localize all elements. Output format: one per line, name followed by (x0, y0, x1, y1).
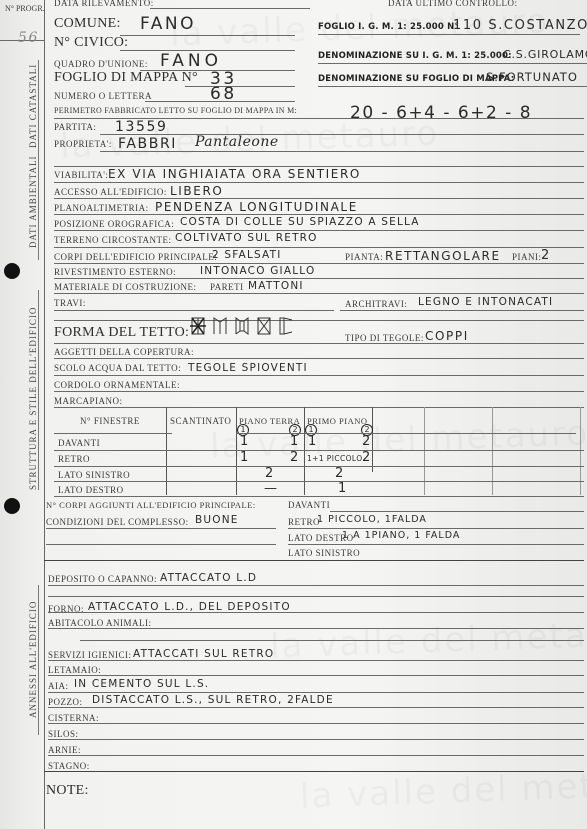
table-header-primo-piano: PRIMO PIANO (307, 416, 368, 426)
survey-form-page: la valle del metauro la valle del metaur… (0, 0, 587, 829)
corpi-lato-sinistro-label: LATO SINISTRO (288, 548, 360, 558)
corpi-davanti-label: DAVANTI (288, 500, 330, 510)
section-label-ambientali: DATI AMBIENTALI (28, 155, 38, 248)
scolo-value[interactable]: TEGOLE SPIOVENTI (188, 362, 308, 374)
quadro-label: QUADRO D'UNIONE: (54, 59, 148, 69)
corpi-lato-destro-value[interactable]: 1 A 1PIANO, 1 FALDA (342, 530, 460, 541)
roof-padiglione-icon[interactable] (190, 316, 206, 336)
progr-label: N° PROGR. (5, 4, 45, 13)
table-header-scantinato: SCANTINATO (170, 416, 231, 426)
piani-value[interactable]: 2 (541, 248, 551, 263)
igm-denom-value[interactable]: C.S.GIROLAMO (503, 48, 587, 61)
corpi-retro-value[interactable]: 1 PICCOLO, 1FALDA (317, 514, 427, 525)
deposito-label: DEPOSITO o CAPANNO: (48, 574, 157, 584)
aia-label: AIA: (48, 681, 69, 691)
section-label-catastali: DATI CATASTALI (28, 64, 38, 148)
condizioni-value[interactable]: BUONE (195, 514, 239, 526)
mappa-denom-label: DENOMINAZIONE SU FOGLIO DI MAPPA: (318, 74, 514, 84)
comune-value[interactable]: FANO (140, 14, 196, 34)
section-label-annessi: ANNESSI ALL'EDIFICIO (28, 601, 38, 718)
proprieta-label: PROPRIETA': (54, 139, 112, 149)
travi-label: TRAVI: (54, 298, 86, 308)
aggetti-label: AGGETTI DELLA COPERTURA: (54, 347, 194, 357)
data-rilevamento-label: DATA RILEVAMENTO: (54, 0, 154, 8)
deposito-value[interactable]: ATTACCATO L.D (160, 572, 257, 584)
pozzo-value[interactable]: DISTACCATO L.S., SUL RETRO, 2FALDE (92, 694, 334, 706)
cisterna-label: CISTERNA: (48, 713, 99, 723)
cell-retro-pt2[interactable]: 2 (290, 450, 300, 465)
corpi-retro-label: RETRO (288, 517, 320, 527)
materiale-sub-label: PARETI (210, 282, 244, 292)
posizione-label: POSIZIONE OROGRAFICA: (54, 219, 174, 229)
perimetro-label: PERIMETRO FABBRICATO LETTO SU FOGLIO DI … (54, 106, 297, 115)
cordolo-label: CORDOLO ORNAMENTALE: (54, 380, 180, 390)
igm-denom-label: DENOMINAZIONE SU I. G. M. 1: 25.000: (318, 51, 512, 61)
civico-label: N° CIVICO: (54, 35, 128, 51)
igm-foglio-value[interactable]: 110 S.COSTANZO (453, 18, 587, 33)
cell-davanti-pp2[interactable]: 2 (362, 434, 372, 449)
architravi-label: ARCHITRAVI: (345, 299, 407, 309)
pianta-value[interactable]: RETTANGOLARE (385, 249, 501, 263)
forma-tetto-label: FORMA DEL TETTO: (54, 325, 189, 341)
data-ultimo-controllo-label: DATA ULTIMO CONTROLLO: (388, 0, 517, 8)
marcapiano-label: MARCAPIANO: (54, 396, 123, 406)
pianta-label: PIANTA: (345, 252, 383, 262)
punch-hole (4, 263, 20, 279)
letamaio-label: LETAMAIO: (48, 665, 101, 675)
aia-value[interactable]: IN CEMENTO SUL L.S. (74, 678, 209, 690)
silos-label: SILOS: (48, 729, 79, 739)
row-label-lato-destro: LATO DESTRO (58, 485, 124, 495)
roof-capanna-icon[interactable] (212, 316, 228, 336)
cell-davanti-pt1[interactable]: 1 (240, 434, 250, 449)
roof-falda-icon[interactable] (278, 316, 294, 336)
terreno-label: TERRENO CIRCOSTANTE: (54, 235, 172, 245)
cell-retro-pt1[interactable]: 1 (240, 450, 250, 465)
mappa-denom-value[interactable]: S.FORTUNATO (486, 70, 578, 84)
table-header-finestre: N° FINESTRE (80, 416, 140, 426)
note-label: NOTE: (46, 783, 89, 799)
terreno-value[interactable]: COLTIVATO SUL RETRO (175, 232, 318, 244)
viabilita-label: VIABILITA': (54, 170, 108, 180)
architravi-value[interactable]: LEGNO E INTONACATI (418, 296, 553, 308)
corpi-aggiunti-label: N° CORPI AGGIUNTI ALL'EDIFICIO PRINCIPAL… (46, 500, 256, 510)
accesso-label: ACCESSO ALL'EDIFICIO: (54, 187, 167, 197)
rivestimento-value[interactable]: INTONACO GIALLO (200, 265, 315, 277)
abitacolo-label: ABITACOLO ANIMALI: (48, 618, 152, 628)
piani-label: PIANI: (512, 252, 542, 262)
cell-lato-destro-pt[interactable]: — (264, 481, 279, 496)
tipo-tegole-value[interactable]: COPPI (425, 329, 469, 343)
partita-label: PARTITA: (54, 122, 96, 132)
rivestimento-label: RIVESTIMENTO ESTERNO: (54, 267, 176, 277)
row-label-retro: RETRO (58, 454, 90, 464)
foglio-label: FOGLIO DI MAPPA N° (54, 70, 198, 86)
igm-foglio-label: FOGLIO I. G. M. 1: 25.000 N° (318, 22, 459, 32)
punch-hole (4, 498, 20, 514)
partita-value[interactable]: 13559 (115, 119, 168, 135)
perimetro-value[interactable]: 20 - 6+4 - 6+2 - 8 (350, 103, 532, 123)
corpi-value[interactable]: 2 SFALSATI (212, 249, 282, 261)
row-label-davanti: DAVANTI (58, 438, 100, 448)
tipo-tegole-label: TIPO DI TEGOLE: (345, 333, 424, 343)
condizioni-label: CONDIZIONI DEL COMPLESSO: (46, 517, 189, 527)
note-field[interactable] (90, 780, 580, 825)
cell-retro-pp2[interactable]: 2 (362, 450, 372, 465)
arnie-label: ARNIE: (48, 745, 81, 755)
scolo-label: SCOLO ACQUA DAL TETTO: (54, 363, 181, 373)
section-label-struttura: STRUTTURA E STILE DELL'EDIFICIO (28, 307, 38, 490)
materiale-value[interactable]: MATTONI (248, 280, 304, 292)
progr-value: 56 (18, 30, 39, 46)
numero-label: NUMERO o LETTERA (54, 91, 152, 101)
row-label-lato-sinistro: LATO SINISTRO (58, 470, 130, 480)
pozzo-label: POZZO: (48, 697, 83, 707)
proprieta-name[interactable]: Pantaleone (195, 134, 279, 150)
planoaltimetria-label: PLANOALTIMETRIA: (54, 203, 149, 213)
cell-lato-destro-pp[interactable]: 1 (338, 481, 348, 496)
servizi-value[interactable]: ATTACCATI SUL RETRO (133, 648, 274, 660)
quadro-value[interactable]: FANO (160, 51, 222, 71)
materiale-label: MATERIALE DI COSTRUZIONE: (54, 282, 197, 292)
accesso-value[interactable]: LIBERO (170, 184, 223, 198)
cell-retro-pp1[interactable]: 1+1 PICCOLO (307, 454, 363, 463)
proprieta-surname[interactable]: FABBRI (118, 136, 177, 152)
cell-davanti-pt2[interactable]: 1 (290, 434, 300, 449)
roof-crociera-icon[interactable] (256, 316, 272, 336)
cell-davanti-pp1[interactable]: 1 (308, 434, 318, 449)
corpi-label: CORPI DELL'EDIFICIO PRINCIPALE: (54, 252, 217, 262)
posizione-value[interactable]: COSTA DI COLLE SU SPIAZZO A SELLA (180, 216, 420, 228)
viabilita-value[interactable]: EX VIA INGHIAIATA ORA SENTIERO (108, 167, 361, 181)
comune-label: COMUNE: (54, 16, 121, 32)
stagno-label: STAGNO: (48, 761, 90, 771)
cell-lato-sinistro-pp[interactable]: 2 (335, 466, 345, 481)
cell-lato-sinistro-pt[interactable]: 2 (265, 466, 275, 481)
planoaltimetria-value[interactable]: PENDENZA LONGITUDINALE (155, 200, 358, 214)
servizi-label: SERVIZI IGIENICI: (48, 650, 132, 660)
roof-doppia-capanna-icon[interactable] (234, 316, 250, 336)
